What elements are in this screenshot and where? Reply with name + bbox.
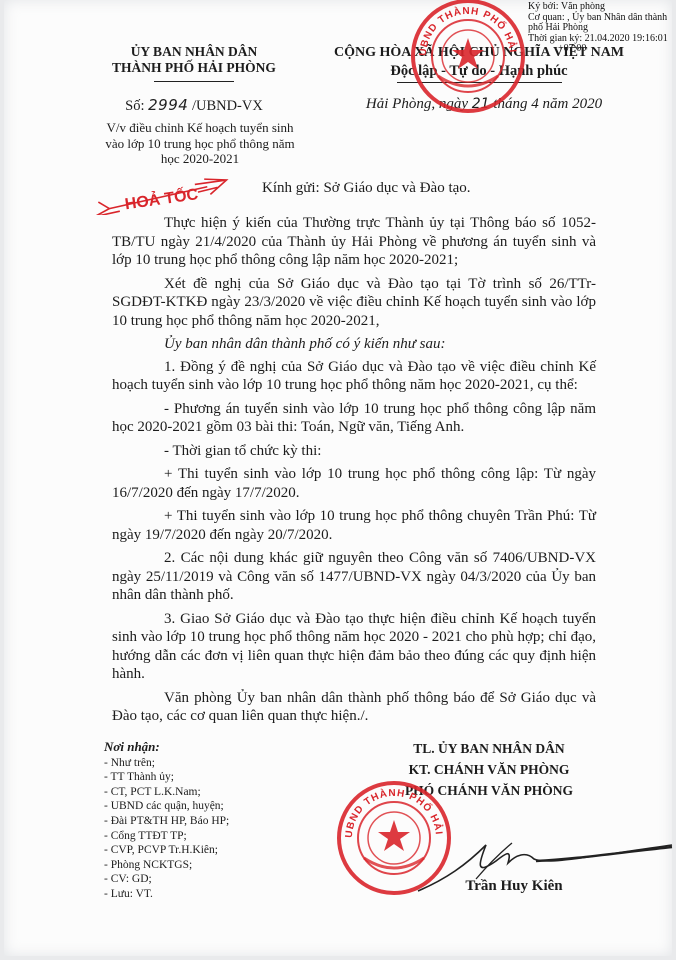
urgent-stamp-icon: HOẢ TỐC — [88, 175, 238, 215]
issuer-line2: THÀNH PHỐ HẢI PHÒNG — [104, 60, 284, 76]
paragraph: + Thi tuyển sinh vào lớp 10 trung học ph… — [112, 507, 596, 544]
document-number: Số: 2994 /UBND-VX — [104, 96, 284, 115]
paragraph: Ủy ban nhân dân thành phố có ý kiến như … — [112, 335, 596, 354]
recipients-title: Nơi nhận: — [104, 740, 304, 755]
paragraph: + Thi tuyển sinh vào lớp 10 trung học ph… — [112, 465, 596, 502]
recipient-item: - Cổng TTĐT TP; — [104, 829, 304, 844]
recipient-item: - Đài PT&TH HP, Báo HP; — [104, 814, 304, 829]
salutation: Kính gửi: Sở Giáo dục và Đào tạo. — [262, 180, 471, 197]
issuer-underline — [154, 81, 234, 82]
recipient-item: - CVP, PCVP Tr.H.Kiên; — [104, 843, 304, 858]
signing-time: Thời gian ký: 21.04.2020 19:16:01 — [528, 34, 676, 45]
recipient-item: - Như trên; — [104, 756, 304, 771]
recipient-item: - Lưu: VT. — [104, 887, 304, 902]
paragraph: 3. Giao Sở Giáo dục và Đào tạo thực hiện… — [112, 610, 596, 684]
signer-line2: KT. CHÁNH VĂN PHÒNG — [364, 759, 614, 780]
paragraph: - Thời gian tổ chức kỳ thi: — [112, 442, 596, 461]
recipient-item: - CT, PCT L.K.Nam; — [104, 785, 304, 800]
svg-text:HOẢ TỐC: HOẢ TỐC — [123, 183, 199, 213]
issuer-line1: ỦY BAN NHÂN DÂN — [104, 44, 284, 60]
recipient-item: - TT Thành ủy; — [104, 770, 304, 785]
document-body: Thực hiện ý kiến của Thường trực Thành ủ… — [112, 214, 596, 731]
signing-agency: Cơ quan: , Ủy ban Nhân dân thành phố Hải… — [528, 13, 676, 34]
paragraph: Xét đề nghị của Sở Giáo dục và Đào tạo t… — [112, 275, 596, 331]
recipient-item: - CV: GD; — [104, 872, 304, 887]
paragraph: 2. Các nội dung khác giữ nguyên theo Côn… — [112, 549, 596, 605]
recipient-item: - Phòng NCKTGS; — [104, 858, 304, 873]
signer-name: Trần Huy Kiên — [434, 878, 594, 895]
document-page: Ký bởi: Văn phòng Cơ quan: , Ủy ban Nhân… — [4, 0, 672, 956]
signer-line1: TL. ỦY BAN NHÂN DÂN — [364, 738, 614, 759]
handwritten-number: 2994 — [148, 96, 188, 114]
paragraph: Thực hiện ý kiến của Thường trực Thành ủ… — [112, 214, 596, 270]
recipients-list: Nơi nhận: - Như trên; - TT Thành ủy; - C… — [104, 740, 304, 902]
official-seal-icon: UBND THÀNH PHỐ HẢI PHÒNG — [408, 0, 528, 116]
issuer-header: ỦY BAN NHÂN DÂN THÀNH PHỐ HẢI PHÒNG — [104, 44, 284, 82]
paragraph: 1. Đồng ý đề nghị của Sở Giáo dục và Đào… — [112, 358, 596, 395]
paragraph: Văn phòng Ủy ban nhân dân thành phố thôn… — [112, 689, 596, 726]
signed-by: Ký bởi: Văn phòng — [528, 2, 676, 13]
paragraph: - Phương án tuyển sinh vào lớp 10 trung … — [112, 400, 596, 437]
recipient-item: - UBND các quận, huyện; — [104, 799, 304, 814]
document-subject: V/v điều chỉnh Kế hoạch tuyển sinh vào l… — [100, 120, 300, 167]
